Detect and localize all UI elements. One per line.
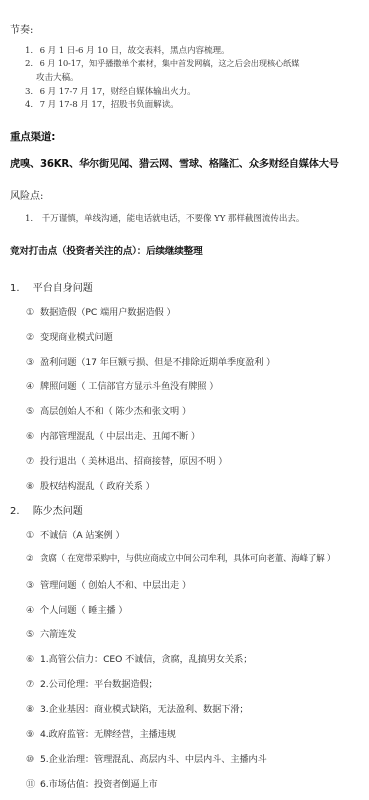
risk-item-1: 1. 千万谨慎，单线沟通，能电话就电话，不要像 YY 那样截图流传出去。 (25, 212, 304, 224)
section-2-item-7: ⑦2.公司伦理：平台数据造假； (26, 676, 158, 690)
item-text: 牌照问题（ 工信部官方显示斗鱼没有牌照 ） (40, 381, 218, 392)
rhythm-heading: 节奏: (10, 21, 33, 36)
circled-number: ⑤ (26, 406, 40, 417)
section-2-item-9: ⑨4.政府监管：无牌经营，主播违规 (26, 726, 176, 740)
section-2-item-8: ⑧3.企业基因：商业模式缺陷，无法盈利、数据下滑； (26, 701, 249, 715)
risk-item-text: 千万谨慎，单线沟通，能电话就电话，不要像 YY 那样截图流传出去。 (42, 214, 305, 224)
circled-number: ⑧ (26, 481, 40, 492)
circled-number: ⑦ (26, 456, 40, 467)
section-1-item-7: ⑦投行退出（ 美林退出、招商接替，原因不明 ） (26, 453, 227, 467)
section-1-item-6: ⑥内部管理混乱（ 中层出走、丑闻不断 ） (26, 428, 200, 442)
circled-number: ④ (26, 381, 40, 392)
section-number: 2. (10, 506, 20, 517)
risk-item-number: 1. (25, 214, 33, 224)
rhythm-item-text: 7 月 17-8 月 17，招股书负面解读。 (40, 100, 179, 110)
section-title: 平台自身问题 (33, 283, 93, 294)
circled-number: ① (26, 307, 40, 318)
circled-number: ① (26, 530, 40, 541)
circled-number: ⑪ (26, 776, 40, 790)
rhythm-item-4: 4. 7 月 17-8 月 17，招股书负面解读。 (25, 98, 179, 110)
attack-heading: 竞对打击点（投资者关注的点）：后续继续整理 (10, 243, 202, 257)
circled-number: ⑥ (26, 431, 40, 442)
section-1-item-2: ②变现商业模式问题 (26, 329, 113, 343)
circled-number: ⑩ (26, 754, 40, 765)
section-2-item-3: ③管理问题（ 创始人不和、中层出走 ） (26, 577, 191, 591)
item-text: 4.政府监管：无牌经营，主播违规 (40, 729, 176, 740)
item-text: 六箭连发 (40, 629, 76, 640)
section-2-item-4: ④个人问题（ 睡主播 ） (26, 602, 127, 616)
circled-number: ⑨ (26, 729, 40, 740)
item-text: 股权结构混乱（ 政府关系 ） (40, 481, 155, 492)
section-1-item-1: ①数据造假（PC 端用户数据造假 ） (26, 304, 176, 318)
rhythm-item-text: 6 月 17-7 月 17，财经自媒体输出火力。 (40, 87, 196, 97)
section-title: 陈少杰问题 (33, 506, 83, 517)
section-2-item-11: ⑪6.市场估值：投资者倒逼上市 (26, 776, 158, 790)
item-text: 贪腐（ 在宽带采购中，与供应商成立中间公司牟利，具体可向老董、海峰了解 ） (40, 554, 335, 564)
item-text: 内部管理混乱（ 中层出走、丑闻不断 ） (40, 431, 200, 442)
item-text: 管理问题（ 创始人不和、中层出走 ） (40, 580, 191, 591)
item-text: 2.公司伦理：平台数据造假； (40, 679, 158, 690)
section-2-item-10: ⑩5.企业治理：管理混乱、高层内斗、中层内斗、主播内斗 (26, 751, 267, 765)
attack-section-2-title: 2. 陈少杰问题 (10, 502, 83, 517)
circled-number: ② (26, 332, 40, 343)
rhythm-item-number: 2. (25, 59, 33, 69)
item-text: 不诚信（A 站案例 ） (40, 530, 125, 541)
rhythm-item-2: 2. 6 月 10-17，知乎播撒单个素材，集中首发网稿，这之后会出现核心纸媒 (25, 58, 299, 69)
rhythm-item-number: 3. (25, 87, 33, 97)
circled-number: ③ (26, 357, 40, 368)
channels-list: 虎嗅、36KR、华尔街见闻、猎云网、雪球、格隆汇、众多财经自媒体大号 (10, 155, 339, 170)
rhythm-item-2-continued: 攻击大稿。 (36, 71, 78, 83)
rhythm-item-text: 6 月 1 日-6 月 10 日，故交表料，黑点内容梳理。 (40, 46, 230, 56)
item-text: 3.企业基因：商业模式缺陷，无法盈利、数据下滑； (40, 704, 249, 715)
circled-number: ③ (26, 580, 40, 591)
item-text: 高层创始人不和（ 陈少杰和张文明 ） (40, 406, 191, 417)
item-text: 变现商业模式问题 (40, 332, 113, 343)
section-2-item-1: ①不诚信（A 站案例 ） (26, 527, 125, 541)
section-1-item-4: ④牌照问题（ 工信部官方显示斗鱼没有牌照 ） (26, 378, 218, 392)
item-text: 6.市场估值：投资者倒逼上市 (40, 779, 158, 790)
item-text: 数据造假（PC 端用户数据造假 ） (40, 307, 176, 318)
circled-number: ⑤ (26, 629, 40, 640)
section-1-item-3: ③盈利问题（17 年巨额亏损、但是不排除近期单季度盈利 ） (26, 354, 275, 368)
section-1-item-5: ⑤高层创始人不和（ 陈少杰和张文明 ） (26, 403, 191, 417)
circled-number: ⑦ (26, 679, 40, 690)
channels-heading: 重点渠道: (10, 129, 55, 144)
circled-number: ④ (26, 605, 40, 616)
section-2-item-2: ②贪腐（ 在宽带采购中，与供应商成立中间公司牟利，具体可向老董、海峰了解 ） (26, 552, 335, 564)
rhythm-item-text: 6 月 10-17，知乎播撒单个素材，集中首发网稿，这之后会出现核心纸媒 (40, 58, 300, 68)
circled-number: ⑥ (26, 654, 40, 665)
section-2-item-5: ⑤六箭连发 (26, 626, 76, 640)
rhythm-item-3: 3. 6 月 17-7 月 17，财经自媒体输出火力。 (25, 85, 196, 97)
rhythm-item-1: 1. 6 月 1 日-6 月 10 日，故交表料，黑点内容梳理。 (25, 44, 229, 56)
risk-heading: 风险点: (10, 187, 43, 202)
item-text: 投行退出（ 美林退出、招商接替，原因不明 ） (40, 456, 227, 467)
item-text: 1.高管公信力：CEO 不诚信，贪腐，乱搞男女关系； (40, 654, 252, 665)
item-text: 5.企业治理：管理混乱、高层内斗、中层内斗、主播内斗 (40, 754, 267, 765)
circled-number: ⑧ (26, 704, 40, 715)
circled-number: ② (26, 554, 40, 564)
section-1-item-8: ⑧股权结构混乱（ 政府关系 ） (26, 478, 155, 492)
item-text: 盈利问题（17 年巨额亏损、但是不排除近期单季度盈利 ） (40, 357, 275, 368)
rhythm-item-number: 1. (25, 46, 33, 56)
section-number: 1. (10, 283, 20, 294)
item-text: 个人问题（ 睡主播 ） (40, 605, 127, 616)
rhythm-item-number: 4. (25, 100, 33, 110)
attack-section-1-title: 1. 平台自身问题 (10, 279, 93, 294)
section-2-item-6: ⑥1.高管公信力：CEO 不诚信，贪腐，乱搞男女关系； (26, 651, 252, 665)
